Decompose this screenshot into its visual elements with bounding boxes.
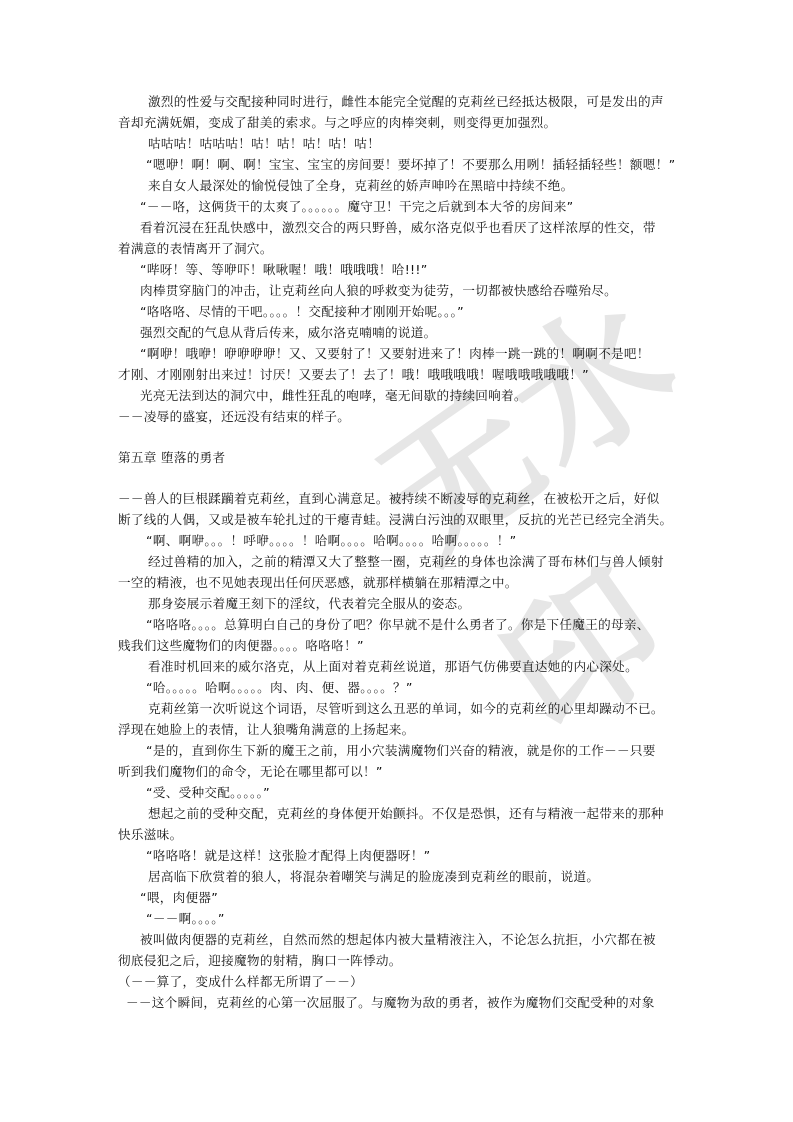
text-line: 音却充满妩媚，变成了甜美的索求。与之呼应的肉棒突刺，则变得更加强烈。 [118,113,556,133]
text-line: 才刚、才刚刚射出来过！讨厌！又要去了！去了！哦！哦哦哦哦！喔哦哦哦哦哦！” [118,365,589,385]
text-line: 咕咕咕！咕咕咕！咕！咕！咕！咕！咕！ [148,134,380,154]
text-line: 光亮无法到达的洞穴中，雌性狂乱的咆哮，毫无间歇的持续回响着。 [140,386,527,406]
text-line: “啊、啊咿。。。！呼咿。。。。！哈啊。。。。哈啊。。。。哈啊。。。。。！” [146,531,516,551]
text-line: “喂，肉便器” [140,888,218,908]
text-line: 那身姿展示着魔王刻下的淫纹，代表着完全服从的姿态。 [148,594,470,614]
text-line: 一空的精液，也不见她表现出任何厌恶感，就那样横躺在那精潭之中。 [118,573,518,593]
text-line: （－－算了，变成什么样都无所谓了－－） [118,972,363,992]
text-line: “是的，直到你生下新的魔王之前，用小穴装满魔物们兴奋的精液，就是你的工作－－只要 [146,741,656,761]
text-line: 断了线的人偶，又或是被车轮扎过的干瘪青蛙。浸满白污浊的双眼里，反抗的光芒已经完全… [118,510,672,530]
text-line: 来自女人最深处的愉悦侵蚀了全身，克莉丝的娇声呻吟在黑暗中持续不绝。 [148,176,574,196]
text-line: “咯咯咯、尽情的干吧。。。。！交配接种才刚刚开始呢。。。” [140,302,464,322]
text-line: 看着沉浸在狂乱快感中，激烈交合的两只野兽，威尔洛克似乎也看厌了这样浓厚的性交，带 [140,218,656,238]
text-line: 激烈的性爱与交配接种同时进行，雌性本能完全觉醒的克莉丝已经抵达极限，可是发出的声 [148,92,664,112]
text-line: 克莉丝第一次听说这个词语，尽管听到这么丑恶的单词，如今的克莉丝的心里却躁动不已。 [148,699,664,719]
text-line: “啊咿！哦咿！咿咿咿咿！又、又要射了！又要射进来了！肉棒一跳一跳的！啊啊不是吧！ [140,344,650,364]
text-line: “哈。。。。。哈啊。。。。。肉、肉、便、器。。。。？” [146,678,413,698]
text-line: 彻底侵犯之后，迎接魔物的射精，胸口一阵悸动。 [118,951,402,971]
text-line: “嗯咿！啊！啊、啊！宝宝、宝宝的房间要！要坏掉了！不要那么用咧！插轻插轻些！额嗯… [146,155,675,175]
text-line: －－这个瞬间，克莉丝的心第一次屈服了。与魔物为敌的勇者，被作为魔物们交配受种的对… [126,993,655,1013]
text-line: “受、受种交配。。。。。” [146,783,270,803]
text-line: 听到我们魔物们的命令，无论在哪里都可以！” [118,762,383,782]
text-line: “－－啊。。。。” [146,909,225,929]
text-line: －－凌辱的盛宴，还远没有结束的样子。 [118,407,350,427]
text-line: 看准时机回来的威尔洛克，从上面对着克莉丝说道，那语气仿佛要直达她的内心深处。 [148,657,638,677]
chapter-heading: 第五章 堕落的勇者 [118,448,225,468]
text-line: 快乐滋味。 [118,825,182,845]
text-line: 浮现在她脸上的表情，让人狼嘴角满意的上扬起来。 [118,720,415,740]
document-page: 无水印 激烈的性爱与交配接种同时进行，雌性本能完全觉醒的克莉丝已经抵达极限，可是… [0,0,793,1122]
text-line: －－兽人的巨根蹂躏着克莉丝，直到心满意足。被持续不断凌辱的克莉丝，在被松开之后，… [118,489,660,509]
text-line: 居高临下欣赏着的狼人，将混杂着嘲笑与满足的脸庞凑到克莉丝的眼前，说道。 [148,867,599,887]
text-line: “哔呀！等、等咿吓！啾啾喔！哦！哦哦哦！哈!!!” [140,260,428,280]
text-line: 被叫做肉便器的克莉丝，自然而然的想起体内被大量精液注入，不论怎么抗拒，小穴都在被 [140,930,656,950]
text-line: 着满意的表情离开了洞穴。 [118,239,273,259]
text-line: 强烈交配的气息从背后传来，威尔洛克喃喃的说道。 [140,323,437,343]
text-line: “咯咯咯。。。。总算明白自己的身份了吧？你早就不是什么勇者了。你是下任魔王的母亲… [146,615,650,635]
text-line: 想起之前的受种交配，克莉丝的身体便开始颤抖。不仅是恐惧，还有与精液一起带来的那种 [148,804,664,824]
text-line: 肉棒贯穿脑门的冲击，让克莉丝向人狼的呼救变为徒劳，一切都被快感给吞噬殆尽。 [140,281,617,301]
text-line: 贱我们这些魔物们的肉便器。。。。咯咯咯！” [118,636,364,656]
text-line: “咯咯咯！就是这样！这张脸才配得上肉便器呀！” [146,846,430,866]
text-line: “－－咯，这俩货干的太爽了。。。。。。魔守卫！干完之后就到本大爷的房间来” [140,197,573,217]
text-line: 经过兽精的加入，之前的精潭又大了整整一圈，克莉丝的身体也涂满了哥布林们与兽人倾射 [148,552,664,572]
